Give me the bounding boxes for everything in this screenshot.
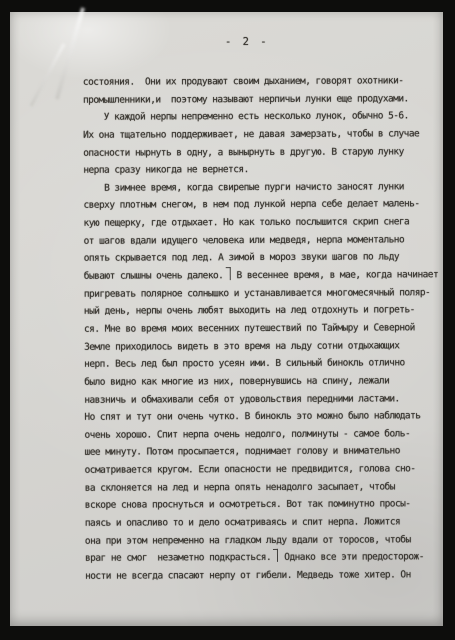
- typed-line: она при этом непременно на гладком льду …: [85, 531, 441, 550]
- document-page: - 2 - состояния. Они их продувают своим …: [10, 12, 443, 626]
- paper-crease: [55, 7, 85, 99]
- typed-line: Но спят и тут они очень чутко. В бинокль…: [84, 407, 440, 426]
- typed-line: осматривается кругом. Если опасности не …: [85, 460, 441, 479]
- typed-line: В зимнее время, когда свирепые пурги нач…: [83, 178, 439, 197]
- photo-backdrop: - 2 - состояния. Они их продувают своим …: [0, 0, 455, 640]
- typed-line: паясь и опасливо то и дело осматриваясь …: [85, 513, 441, 532]
- typed-line: ва склоняется на лед и нерпа опять ненад…: [85, 478, 441, 497]
- pencil-bracket-mark: [225, 267, 230, 280]
- typed-line: промышленники,и поэтому называют нерпичь…: [83, 90, 439, 109]
- typed-line: состояния. Они их продувают своим дыхани…: [83, 72, 439, 91]
- typed-line: ный день, нерпы очень любят выходить на …: [84, 302, 440, 321]
- typed-line: У каждой нерпы непременно есть несколько…: [83, 108, 439, 127]
- page-number: - 2 -: [225, 36, 269, 48]
- typed-text-block: состояния. Они их продувают своим дыхани…: [83, 72, 441, 585]
- typed-line: нерп. Весь лед был просто усеян ими. В с…: [84, 354, 440, 373]
- typed-line: вскоре снова проснуться и осмотреться. В…: [85, 496, 441, 515]
- typed-line: шее минуту. Потом просыпается, поднимает…: [85, 443, 441, 462]
- typed-line: враг не смог незаметно подкрасться. Одна…: [85, 549, 441, 568]
- typed-line: бывают слышны очень далеко. В весеннее в…: [84, 266, 440, 285]
- typed-line: Земле приходилось видеть в это время на …: [84, 337, 440, 356]
- typed-line: от шагов вдали идущего человека или медв…: [84, 231, 440, 250]
- typed-line: ности не всегда спасают нерпу от гибели.…: [85, 566, 441, 585]
- typed-line: очень хорошо. Спит нерпа очень недолго, …: [84, 425, 440, 444]
- typed-line: сверху плотным снегом, в нем под лункой …: [83, 196, 439, 215]
- typed-line: было видно как многие из них, повернувши…: [84, 372, 440, 391]
- paper-crease: [30, 43, 66, 106]
- typed-line: Их она тщательно поддерживает, не давая …: [83, 125, 439, 144]
- typed-line: навзничь и обмахивали себя от удовольств…: [84, 390, 440, 409]
- typed-line: ся. Мне во время моих весенних путешеств…: [84, 319, 440, 338]
- typed-line: опять скрывается под лед. А зимой в моро…: [84, 249, 440, 268]
- typed-line: нерпа сразу никогда не вернется.: [83, 160, 439, 179]
- typed-line: пригревать полярное солнышко и устанавли…: [84, 284, 440, 303]
- typed-line: кую пещерку, где отдыхает. Но как только…: [84, 213, 440, 232]
- typed-line: опасности нырнуть в одну, а вынырнуть в …: [83, 143, 439, 162]
- pencil-bracket-mark: [273, 549, 278, 562]
